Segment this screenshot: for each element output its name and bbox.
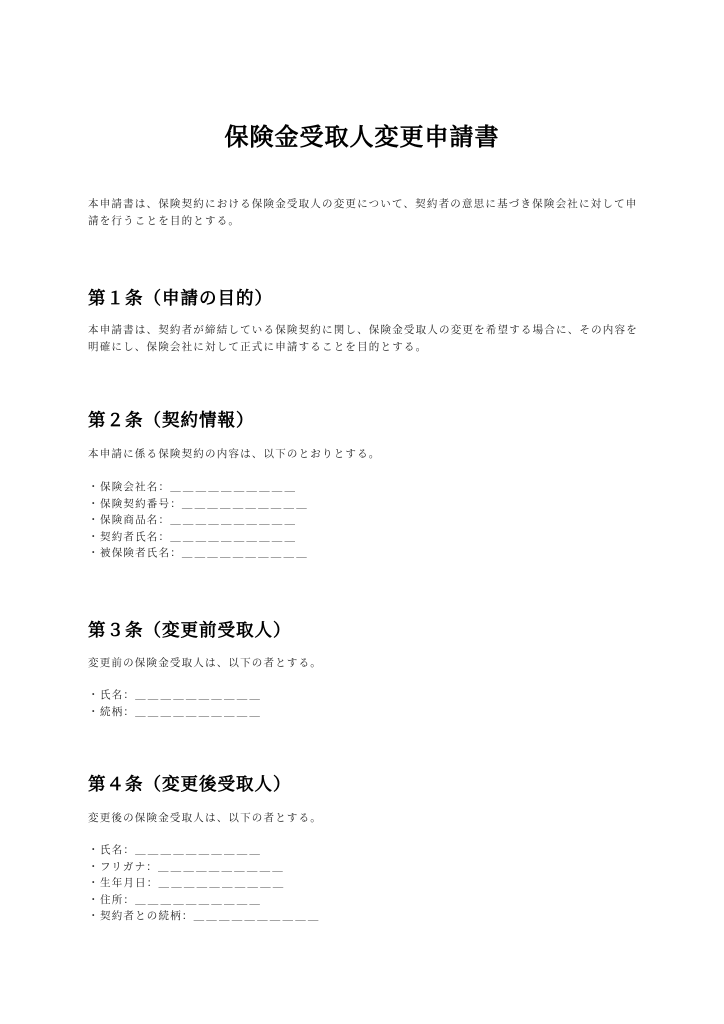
blank-line[interactable]: ＿＿＿＿＿＿＿＿＿＿ <box>170 514 297 526</box>
bullet: ・ <box>88 545 100 562</box>
field-insurance-company: ・保険会社名：＿＿＿＿＿＿＿＿＿＿ <box>88 479 309 496</box>
blank-line[interactable]: ＿＿＿＿＿＿＿＿＿＿ <box>194 910 321 922</box>
section-4-body: 変更後の保険金受取人は、以下の者とする。 <box>88 810 648 827</box>
bullet: ・ <box>88 479 100 496</box>
blank-line[interactable]: ＿＿＿＿＿＿＿＿＿＿ <box>170 531 297 543</box>
field-label: フリガナ： <box>100 861 158 873</box>
field-prior-name: ・氏名：＿＿＿＿＿＿＿＿＿＿ <box>88 687 262 704</box>
section-3-field-list: ・氏名：＿＿＿＿＿＿＿＿＿＿ ・続柄：＿＿＿＿＿＿＿＿＿＿ <box>88 687 262 720</box>
section-1-heading: 第１条（申請の目的） <box>88 285 273 310</box>
blank-line[interactable]: ＿＿＿＿＿＿＿＿＿＿ <box>135 706 262 718</box>
section-1-body: 本申請書は、契約者が締結している保険契約に関し、保険金受取人の変更を希望する場合… <box>88 322 648 356</box>
section-3-body: 変更前の保険金受取人は、以下の者とする。 <box>88 655 648 672</box>
bullet: ・ <box>88 496 100 513</box>
section-3-heading: 第３条（変更前受取人） <box>88 617 292 642</box>
section-2-field-list: ・保険会社名：＿＿＿＿＿＿＿＿＿＿ ・保険契約番号：＿＿＿＿＿＿＿＿＿＿ ・保険… <box>88 479 309 562</box>
intro-paragraph: 本申請書は、保険契約における保険金受取人の変更について、契約者の意思に基づき保険… <box>88 196 648 230</box>
section-2-heading: 第２条（契約情報） <box>88 407 255 432</box>
blank-line[interactable]: ＿＿＿＿＿＿＿＿＿＿ <box>170 481 297 493</box>
blank-line[interactable]: ＿＿＿＿＿＿＿＿＿＿ <box>159 877 286 889</box>
blank-line[interactable]: ＿＿＿＿＿＿＿＿＿＿ <box>135 894 262 906</box>
field-label: 住所： <box>100 894 135 906</box>
field-insured-name: ・被保険者氏名：＿＿＿＿＿＿＿＿＿＿ <box>88 545 309 562</box>
field-label: 氏名： <box>100 844 135 856</box>
blank-line[interactable]: ＿＿＿＿＿＿＿＿＿＿ <box>182 547 309 559</box>
field-label: 続柄： <box>100 706 135 718</box>
blank-line[interactable]: ＿＿＿＿＿＿＿＿＿＿ <box>158 861 285 873</box>
blank-line[interactable]: ＿＿＿＿＿＿＿＿＿＿ <box>135 689 262 701</box>
field-policy-number: ・保険契約番号：＿＿＿＿＿＿＿＿＿＿ <box>88 496 309 513</box>
field-new-birthdate: ・生年月日：＿＿＿＿＿＿＿＿＿＿ <box>88 875 321 892</box>
field-label: 保険契約番号： <box>100 498 182 510</box>
bullet: ・ <box>88 875 100 892</box>
section-4-field-list: ・氏名：＿＿＿＿＿＿＿＿＿＿ ・フリガナ：＿＿＿＿＿＿＿＿＿＿ ・生年月日：＿＿… <box>88 842 321 925</box>
field-label: 保険商品名： <box>100 514 170 526</box>
field-new-name: ・氏名：＿＿＿＿＿＿＿＿＿＿ <box>88 842 321 859</box>
bullet: ・ <box>88 512 100 529</box>
bullet: ・ <box>88 908 100 925</box>
blank-line[interactable]: ＿＿＿＿＿＿＿＿＿＿ <box>135 844 262 856</box>
field-label: 生年月日： <box>100 877 159 889</box>
blank-line[interactable]: ＿＿＿＿＿＿＿＿＿＿ <box>182 498 309 510</box>
bullet: ・ <box>88 704 100 721</box>
bullet: ・ <box>88 529 100 546</box>
bullet: ・ <box>88 859 100 876</box>
field-product-name: ・保険商品名：＿＿＿＿＿＿＿＿＿＿ <box>88 512 309 529</box>
field-new-relationship: ・契約者との続柄：＿＿＿＿＿＿＿＿＿＿ <box>88 908 321 925</box>
field-prior-relationship: ・続柄：＿＿＿＿＿＿＿＿＿＿ <box>88 704 262 721</box>
field-policyholder-name: ・契約者氏名：＿＿＿＿＿＿＿＿＿＿ <box>88 529 309 546</box>
bullet: ・ <box>88 687 100 704</box>
section-2-body: 本申請に係る保険契約の内容は、以下のとおりとする。 <box>88 446 648 463</box>
field-label: 被保険者氏名： <box>100 547 182 559</box>
bullet: ・ <box>88 892 100 909</box>
field-new-furigana: ・フリガナ：＿＿＿＿＿＿＿＿＿＿ <box>88 859 321 876</box>
section-4-heading: 第４条（変更後受取人） <box>88 771 292 796</box>
field-label: 契約者との続柄： <box>100 910 194 922</box>
field-new-address: ・住所：＿＿＿＿＿＿＿＿＿＿ <box>88 892 321 909</box>
document-title: 保険金受取人変更申請書 <box>0 117 724 152</box>
field-label: 契約者氏名： <box>100 531 170 543</box>
field-label: 保険会社名： <box>100 481 170 493</box>
document-page: 保険金受取人変更申請書 本申請書は、保険契約における保険金受取人の変更について、… <box>0 0 724 1024</box>
field-label: 氏名： <box>100 689 135 701</box>
bullet: ・ <box>88 842 100 859</box>
